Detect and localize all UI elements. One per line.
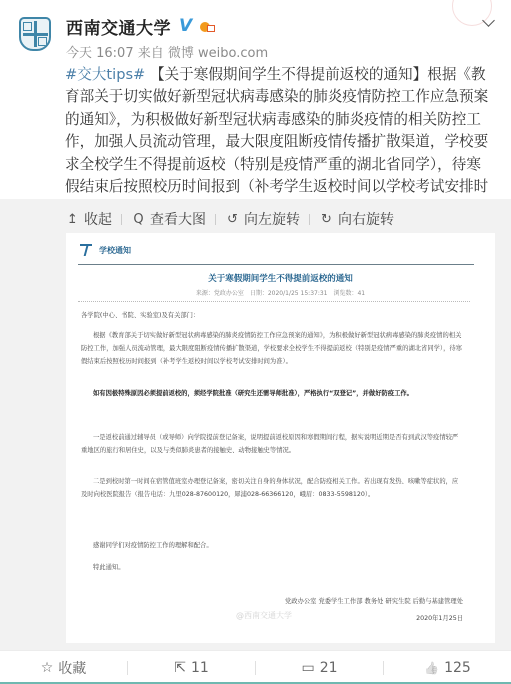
notice-paragraph: 感谢同学们对疫情防控工作的理解和配合。 bbox=[81, 539, 463, 552]
post-header: 西南交通大学 V 今天 16:07 来自 微博 weibo.com bbox=[0, 0, 511, 62]
avatar[interactable] bbox=[19, 17, 51, 51]
rotate-right-icon: ↻ bbox=[319, 212, 334, 227]
verified-badge-icon: V bbox=[179, 16, 192, 36]
weibo-watermark: @西南交通大学 bbox=[236, 610, 292, 621]
avatar-cross-bar-icon bbox=[23, 33, 48, 36]
notice-paragraph: 二是到校时第一时间在宿管值班室办理登记备案，密切关注自身的身体状况，配合防疫相关… bbox=[81, 475, 463, 501]
avatar-quadrant-icon bbox=[23, 22, 32, 31]
weibo-post: 西南交通大学 V 今天 16:07 来自 微博 weibo.com #交大tip… bbox=[0, 0, 511, 684]
post-body: 【关于寒假期间学生不得提前返校的通知】根据《教育部关于切实做好新型冠状病毒感染的… bbox=[65, 66, 488, 217]
notice-date: 2020年1月25日 bbox=[416, 613, 463, 622]
collapse-image-button[interactable]: ↥ 收起 bbox=[65, 209, 112, 229]
rotate-right-button[interactable]: ↻ 向右旋转 bbox=[319, 209, 394, 229]
thumbs-up-icon: 👍 bbox=[424, 661, 439, 675]
post-meta: 今天 16:07 来自 微博 weibo.com bbox=[66, 42, 268, 61]
like-button[interactable]: 👍 125 bbox=[384, 651, 511, 684]
avatar-quadrant-icon bbox=[38, 37, 47, 46]
view-large-button[interactable]: Q 查看大图 bbox=[131, 209, 206, 229]
divider bbox=[78, 264, 474, 265]
notice-title: 关于寒假期间学生不得提前返校的通知 bbox=[66, 272, 495, 284]
view-large-label: 查看大图 bbox=[150, 209, 206, 229]
image-toolbar: ↥ 收起 Q 查看大图 ↺ 向左旋转 ↻ 向右旋转 bbox=[65, 206, 394, 232]
topic-link[interactable]: #交大tips# bbox=[65, 66, 145, 83]
notice-paragraph: 根据《教育部关于切实做好新型冠状病毒感染的肺炎疫情防控工作应急预案的通知》，为积… bbox=[81, 329, 463, 368]
rotate-left-button[interactable]: ↺ 向左旋转 bbox=[225, 209, 300, 229]
notice-signature: 党政办公室 党委学生工作部 教务处 研究生院 后勤与基建管理处 bbox=[285, 596, 463, 605]
repost-count: 11 bbox=[191, 660, 209, 676]
like-count: 125 bbox=[444, 660, 471, 676]
notice-meta: 来源：党政办公室 日期：2020/1/25 15:37:31 浏览数：41 bbox=[66, 288, 495, 297]
rotate-left-label: 向左旋转 bbox=[244, 209, 300, 229]
action-bar: ☆ 收藏 ⇱ 11 ▭ 21 👍 125 bbox=[0, 650, 511, 684]
member-badge-icon bbox=[200, 19, 216, 33]
collapse-icon: ↥ bbox=[65, 212, 80, 227]
comment-count: 21 bbox=[320, 660, 338, 676]
notice-paragraph: 一是返校前通过辅导员（或导师）向学院提前登记备案，说明提前返校原因和寒假期间行程… bbox=[81, 431, 463, 457]
repost-icon: ⇱ bbox=[174, 660, 186, 676]
notice-section-title: 学校通知 bbox=[99, 245, 131, 256]
collapse-label: 收起 bbox=[84, 209, 112, 229]
favorite-label: 收藏 bbox=[58, 658, 86, 678]
school-logo-icon bbox=[80, 243, 92, 257]
star-icon: ☆ bbox=[41, 660, 54, 676]
notice-salutation: 各学院(中心、书院、实验室)及有关部门： bbox=[81, 309, 463, 322]
author-row: 西南交通大学 V bbox=[66, 14, 216, 38]
comment-icon: ▭ bbox=[301, 660, 314, 676]
divider bbox=[309, 214, 310, 225]
notice-paragraph: 如有因极特殊原因必须提前返校的，须经学院批准（研究生还需导师批准），严格执行“双… bbox=[81, 387, 463, 400]
favorite-button[interactable]: ☆ 收藏 bbox=[0, 651, 127, 684]
comment-button[interactable]: ▭ 21 bbox=[256, 651, 383, 684]
notice-image[interactable]: 学校通知 关于寒假期间学生不得提前返校的通知 来源：党政办公室 日期：2020/… bbox=[66, 233, 495, 643]
rotate-right-label: 向右旋转 bbox=[338, 209, 394, 229]
notice-paragraph: 特此通知。 bbox=[81, 561, 463, 574]
post-text: #交大tips# 【关于寒假期间学生不得提前返校的通知】根据《教育部关于切实做好… bbox=[65, 64, 495, 221]
search-icon: Q bbox=[131, 212, 146, 227]
divider bbox=[215, 214, 216, 225]
notice-section-header: 学校通知 bbox=[80, 240, 131, 260]
divider bbox=[121, 214, 122, 225]
rotate-left-icon: ↺ bbox=[225, 212, 240, 227]
divider bbox=[78, 301, 470, 302]
repost-button[interactable]: ⇱ 11 bbox=[128, 651, 255, 684]
author-name[interactable]: 西南交通大学 bbox=[66, 14, 171, 39]
